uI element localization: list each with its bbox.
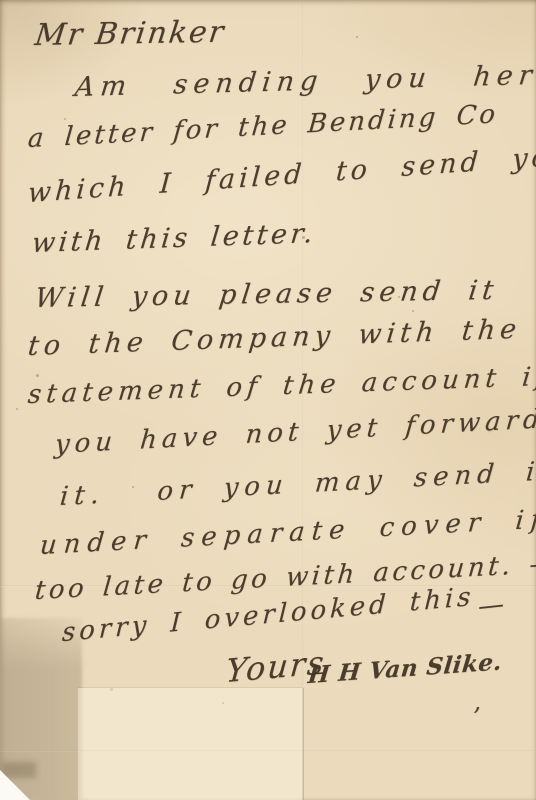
letter-line: to the Company with the xyxy=(26,314,522,362)
corner-shadow xyxy=(2,762,36,778)
salutation-line: Mr Brinker xyxy=(33,15,227,53)
scanned-letter-page: Mr Brinker Am sending you herein a lette… xyxy=(0,0,536,800)
foxing-spot xyxy=(412,310,414,312)
letter-line: which I failed to send you xyxy=(27,140,536,209)
foxing-spot xyxy=(356,36,358,38)
letter-line: Am sending you herein xyxy=(73,58,536,103)
flourish-dash: — xyxy=(476,589,505,622)
light-patch xyxy=(78,688,303,800)
letter-line: with this letter. xyxy=(30,218,317,259)
letter-line: it. or you may send it xyxy=(59,456,536,512)
foxing-spot xyxy=(110,688,113,691)
signature: H H Van Slike. xyxy=(307,648,504,689)
foxing-spot xyxy=(222,702,224,704)
foxing-spot xyxy=(36,374,39,377)
letter-line: a letter for the Bending Co xyxy=(27,99,500,154)
letter-line: under separate cover if xyxy=(39,504,536,561)
foxing-spot xyxy=(16,408,18,410)
signature-tick: , xyxy=(472,688,482,716)
foxing-spot xyxy=(64,118,66,120)
letter-line: you have not yet forwarded xyxy=(54,402,536,460)
letter-line: statement of the account if xyxy=(26,362,536,410)
letter-line: Will you please send it xyxy=(33,275,500,314)
